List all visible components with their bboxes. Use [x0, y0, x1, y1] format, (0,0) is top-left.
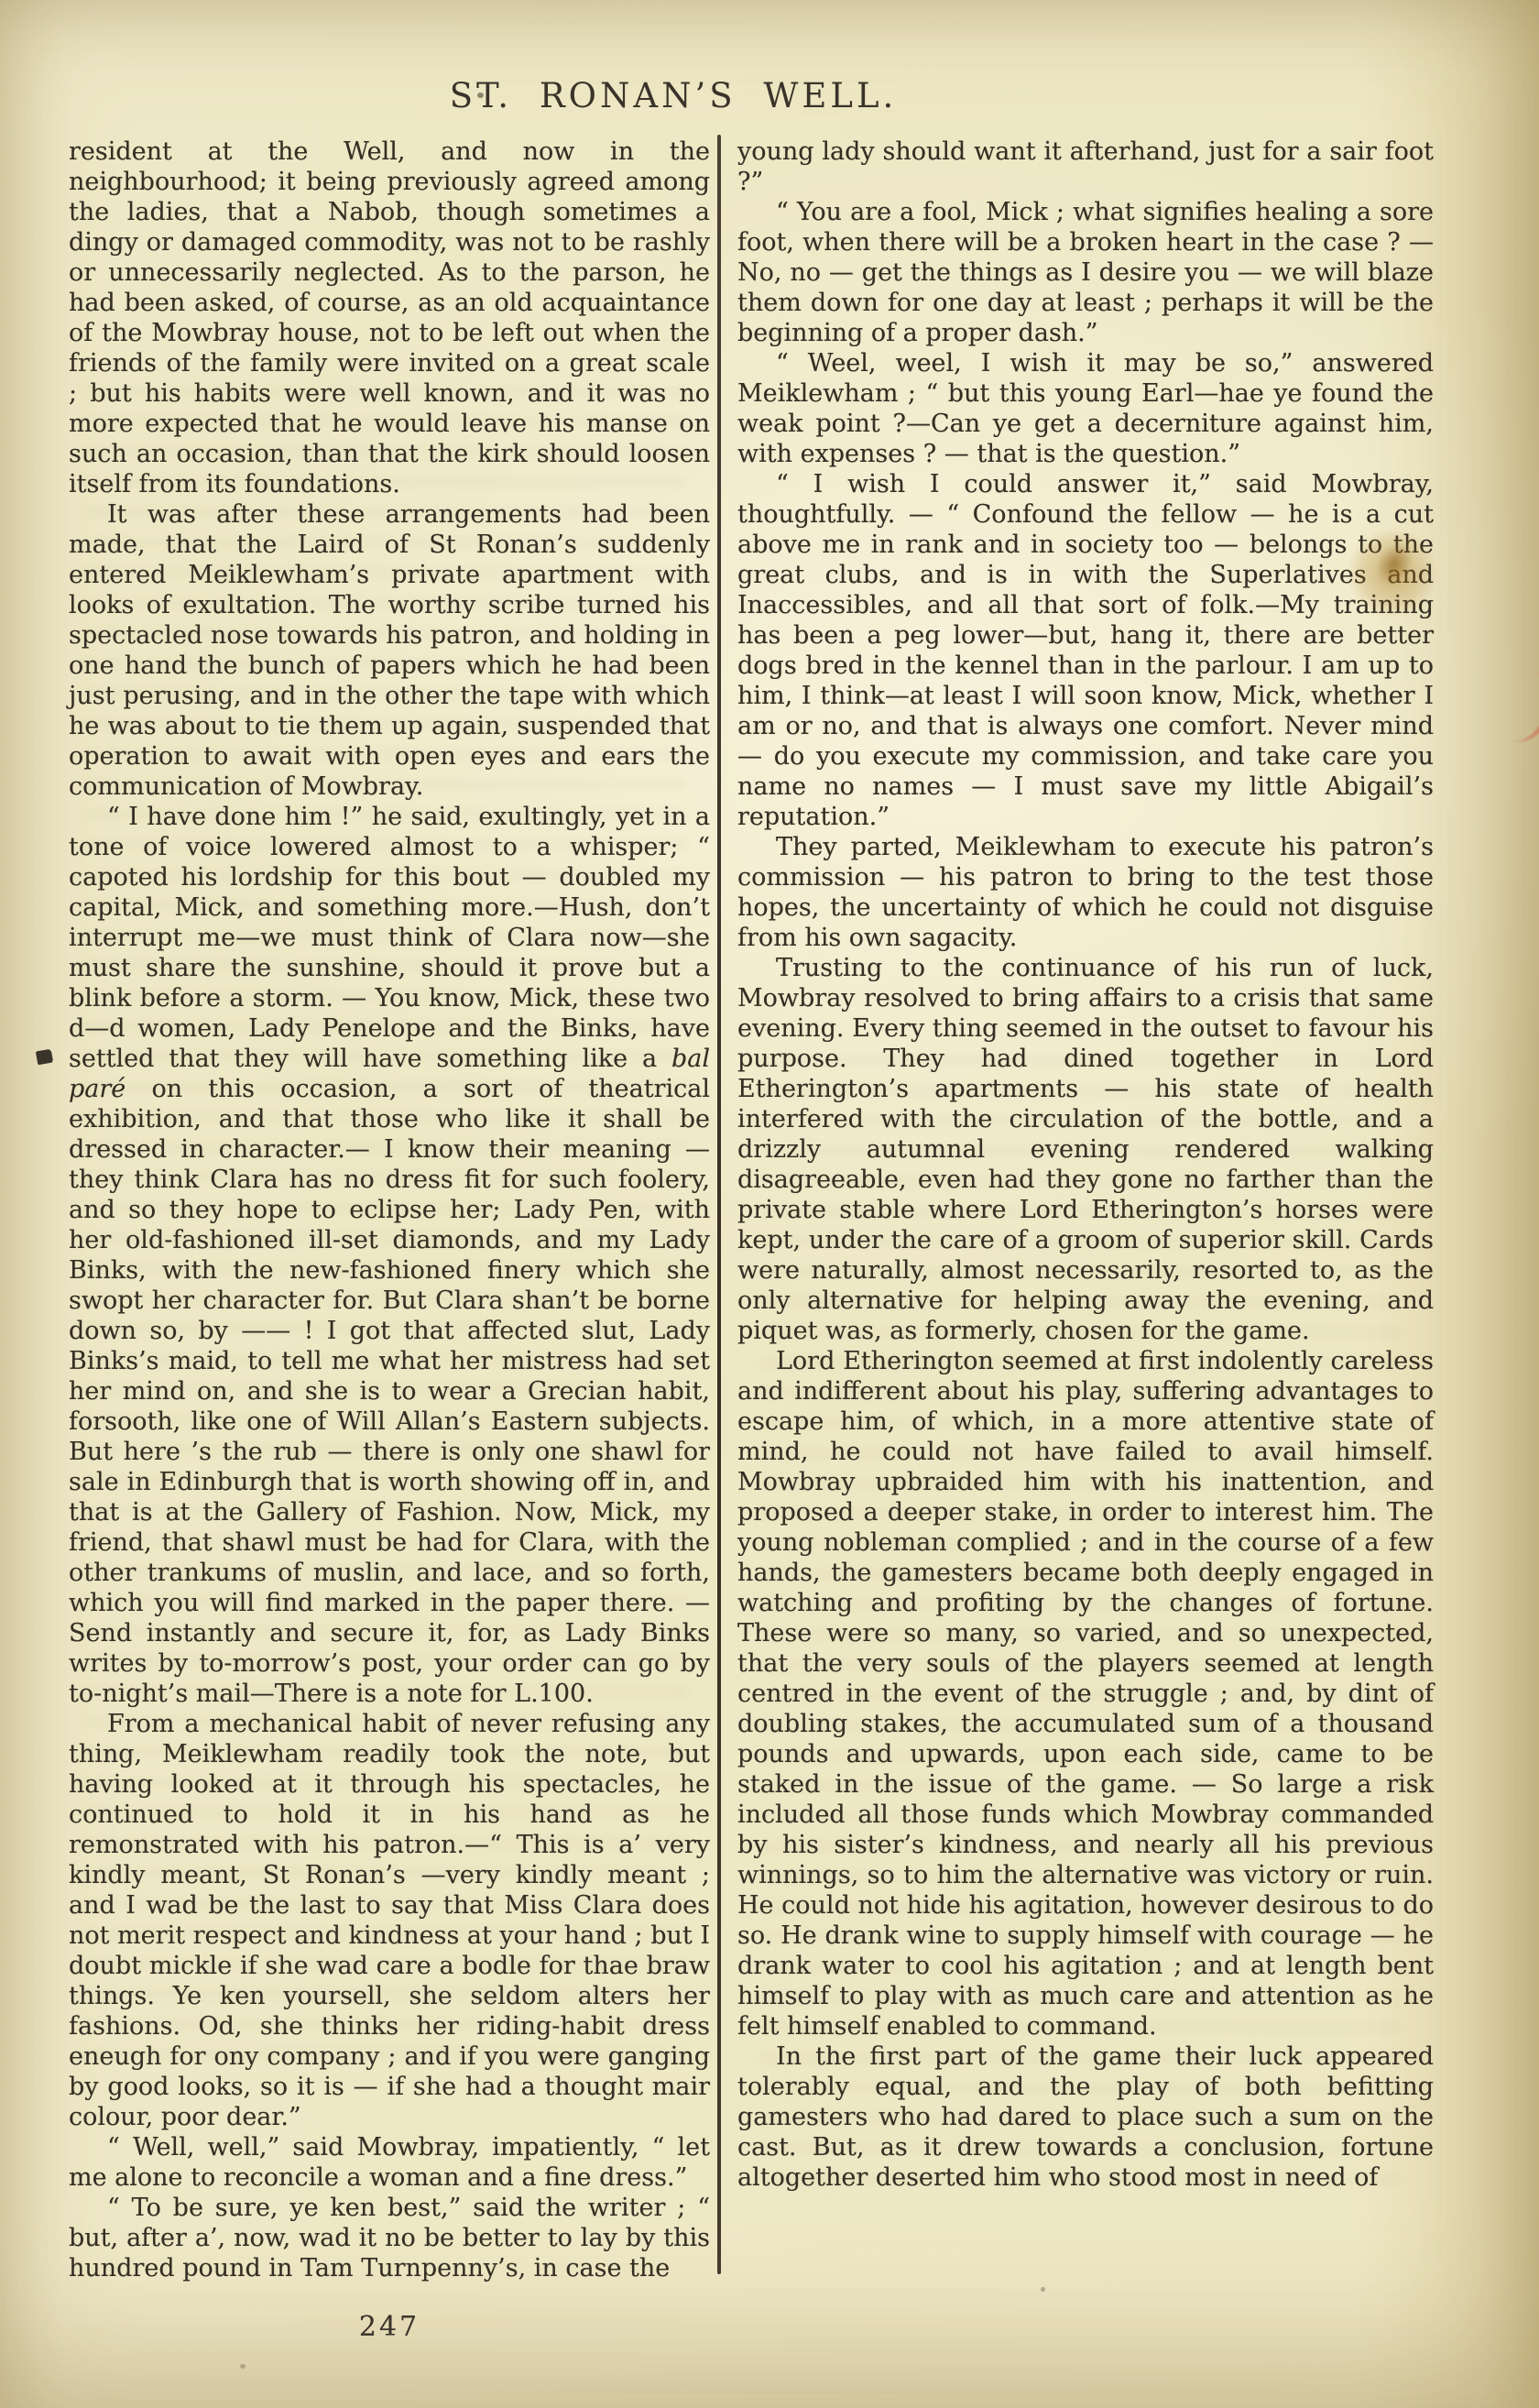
left-column: resident at the Well, and now in the nei…: [69, 137, 710, 2343]
paragraph: In the first part of the game their luck…: [737, 2041, 1434, 2193]
paragraph: From a mechanical habit of never refusin…: [69, 1709, 710, 2132]
paragraph-text: “ I have done him !” he said, exultingly…: [69, 803, 710, 1073]
paragraph: “ I have done him !” he said, exultingly…: [69, 802, 710, 1709]
red-crayon-edge-mark: [1481, 662, 1539, 750]
running-head: ST. RONAN’S WELL.: [0, 75, 1347, 117]
printer-ink-spot: [36, 1049, 53, 1066]
paragraph: “ To be sure, ye ken best,” said the wri…: [69, 2193, 710, 2283]
paragraph-continuation: resident at the Well, and now in the nei…: [69, 137, 710, 499]
right-column: young lady should want it afterhand, jus…: [737, 137, 1434, 2343]
page-number: 247: [69, 2311, 710, 2343]
paragraph-text: on this occasion, a sort of theatrical e…: [69, 1075, 710, 1708]
text-columns: resident at the Well, and now in the nei…: [69, 137, 1434, 2343]
paper-speck: [240, 2364, 246, 2369]
scanned-book-page: ST. RONAN’S WELL. resident at the Well, …: [0, 0, 1539, 2408]
paragraph: “ I wish I could answer it,” said Mowbra…: [737, 469, 1434, 832]
paragraph: “ Well, well,” said Mowbray, impatiently…: [69, 2132, 710, 2193]
paragraph: “ Weel, weel, I wish it may be so,” answ…: [737, 348, 1434, 469]
paragraph: Lord Etherington seemed at first indolen…: [737, 1346, 1434, 2041]
paragraph: Trusting to the continuance of his run o…: [737, 953, 1434, 1346]
paragraph: It was after these arrangements had been…: [69, 499, 710, 802]
paragraph: “ You are a fool, Mick ; what signifies …: [737, 197, 1434, 348]
paragraph-continuation: young lady should want it afterhand, jus…: [737, 137, 1434, 197]
paragraph: They parted, Meiklewham to execute his p…: [737, 832, 1434, 953]
